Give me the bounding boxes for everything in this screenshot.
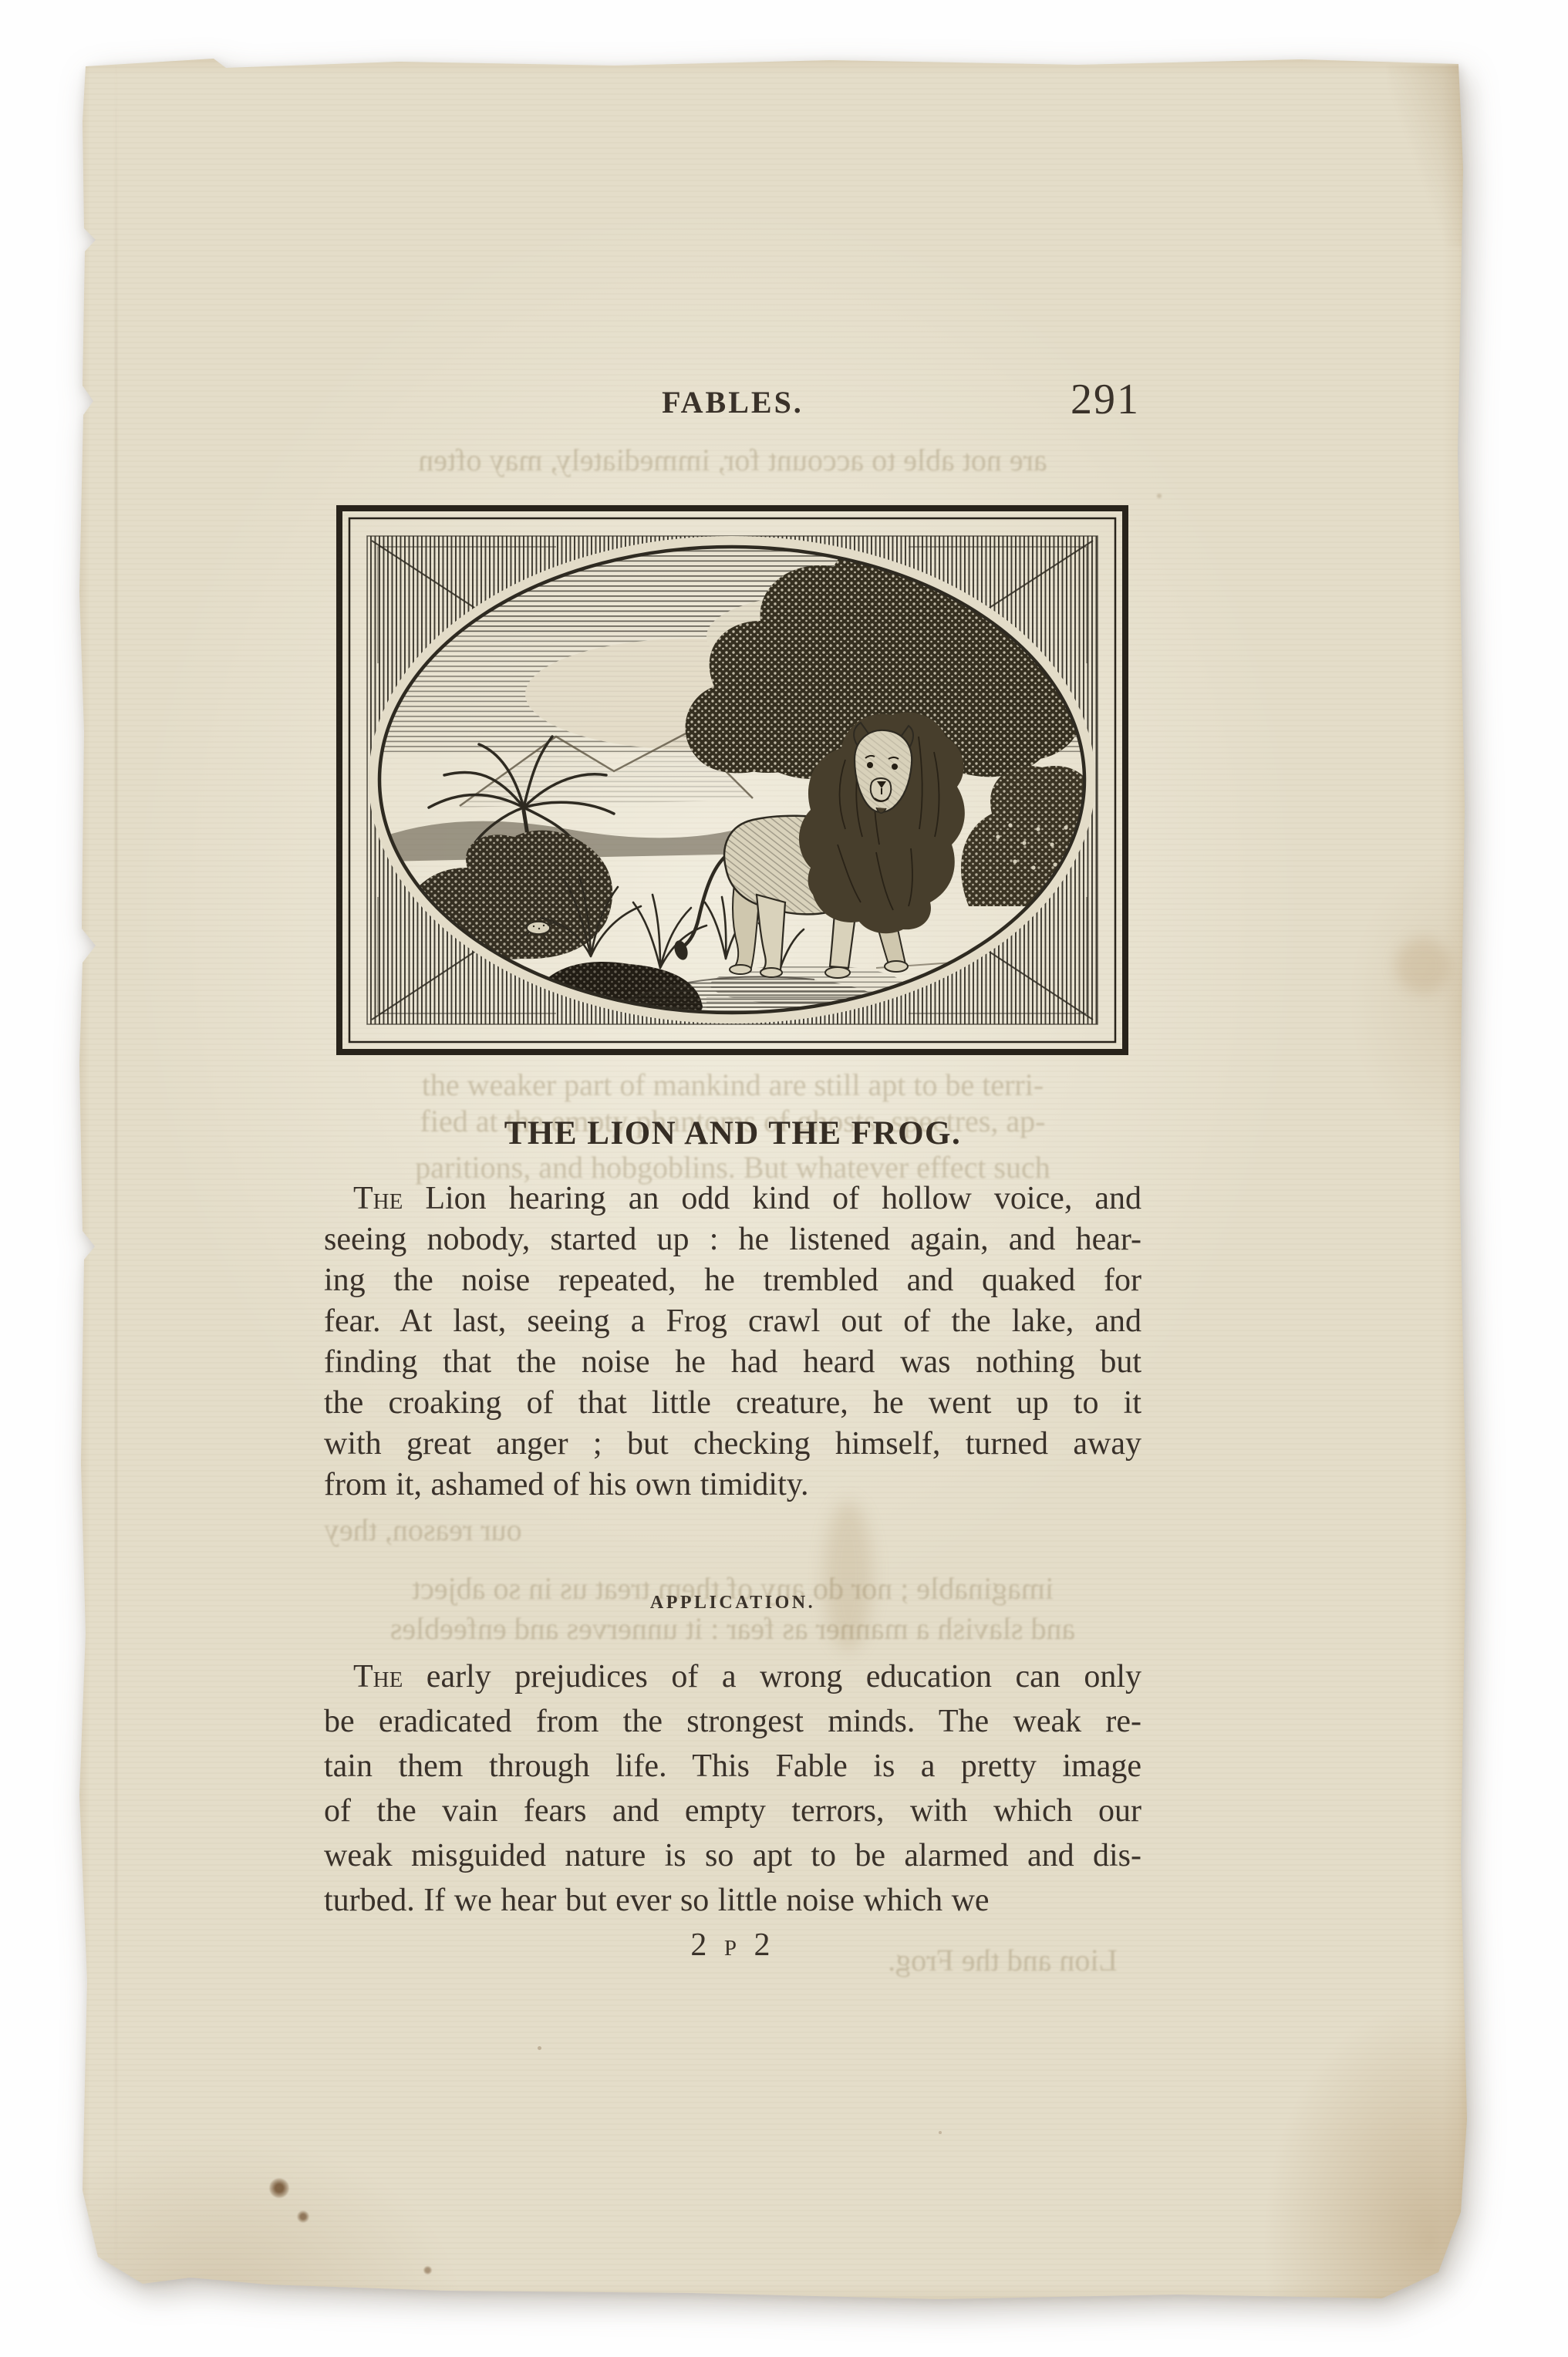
paragraph-line: of the vain fears and empty terrors, wit… [324, 1789, 1141, 1833]
running-title: FABLES. [324, 384, 1141, 420]
paragraph-line: seeing nobody, started up : he listened … [324, 1219, 1141, 1260]
lead-word: The [353, 1181, 403, 1216]
scanned-book-page-photo: are not able to account for, immediately… [0, 0, 1568, 2357]
stain [1395, 938, 1451, 993]
type-area: FABLES. 291 [324, 52, 1141, 2308]
fable-title: THE LION AND THE FROG. [324, 1114, 1141, 1152]
paragraph-line: from it, ashamed of his own timidity. [324, 1465, 1141, 1506]
paragraph-line: ing the noise repeated, he trembled and … [324, 1260, 1141, 1301]
paragraph-line: finding that the noise he had heard was … [324, 1342, 1141, 1383]
paragraph-line: with great anger ; but checking himself,… [324, 1424, 1141, 1465]
paragraph-line: tain them through life. This Fable is a … [324, 1744, 1141, 1789]
page-number: 291 [1071, 375, 1140, 424]
page-shadow: are not able to account for, immediately… [75, 52, 1472, 2308]
application-heading: APPLICATION. [324, 1593, 1141, 1613]
book-page: are not able to account for, immediately… [75, 52, 1472, 2308]
paragraph-line: be eradicated from the strongest minds. … [324, 1699, 1141, 1744]
paper-crease [115, 52, 117, 2308]
signature-mark: 2 p 2 [324, 1927, 1141, 1964]
fable-illustration [336, 505, 1128, 1055]
paragraph-line: fear. At last, seeing a Frog crawl out o… [324, 1301, 1141, 1342]
fable-engraving [336, 505, 1128, 1055]
paragraph-line: The Lion hearing an odd kind of hollow v… [324, 1178, 1141, 1219]
stain [269, 2178, 289, 2198]
paragraph-line: weak misguided nature is so apt to be al… [324, 1833, 1141, 1878]
application-paragraph: The early prejudices of a wrong educatio… [324, 1654, 1141, 1923]
paragraph-line: The early prejudices of a wrong educatio… [324, 1654, 1141, 1699]
stain [297, 2210, 309, 2223]
speck [1157, 494, 1162, 498]
fable-paragraph: The Lion hearing an odd kind of hollow v… [324, 1178, 1141, 1506]
corner-fold-mark [1388, 65, 1471, 246]
lead-word: The [353, 1659, 403, 1694]
paragraph-line: turbed. If we hear but ever so little no… [324, 1878, 1141, 1923]
paragraph-line: the croaking of that little creature, he… [324, 1383, 1141, 1424]
